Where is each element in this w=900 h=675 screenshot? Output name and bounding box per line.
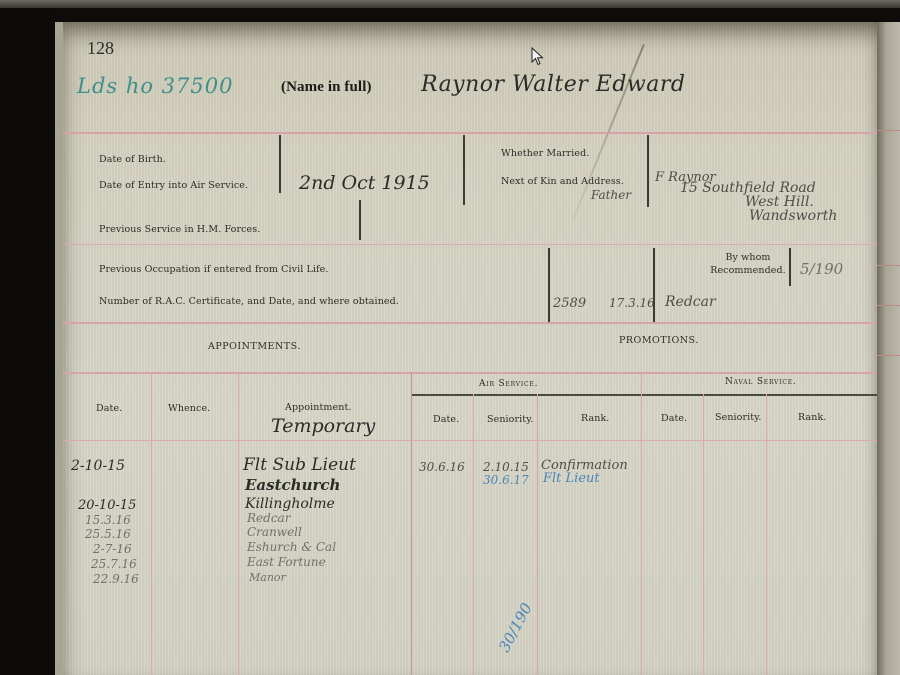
naval-column-rank: Rank. — [798, 412, 826, 423]
divider — [359, 200, 361, 240]
column-header-appointment: Appointment. — [285, 402, 352, 413]
mouse-cursor-icon — [531, 47, 545, 67]
monitor-bezel-left — [0, 8, 52, 675]
next-of-kin-relation: Father — [591, 188, 631, 202]
rac-certificate-date: 17.3.16 — [609, 296, 655, 310]
appointment-date: 15.3.16 — [85, 513, 131, 527]
air-column-seniority: Seniority. — [487, 414, 534, 425]
appointment-value: Eshurch & Cal — [247, 540, 336, 554]
column-rule — [151, 372, 152, 675]
naval-column-seniority: Seniority. — [715, 412, 762, 423]
divider — [877, 305, 900, 306]
naval-column-date: Date. — [661, 413, 687, 424]
divider — [877, 355, 900, 356]
divider — [63, 322, 885, 324]
appointment-value: Killingholme — [245, 496, 335, 512]
next-of-kin-label: Next of Kin and Address. — [501, 176, 624, 187]
column-rule — [238, 372, 239, 675]
promotion-seniority: 30.6.17 — [483, 473, 529, 487]
full-name: Raynor Walter Edward — [421, 72, 685, 97]
divider — [279, 135, 281, 193]
appointment-date: 25.7.16 — [91, 557, 137, 571]
date-of-entry-value: 2nd Oct 1915 — [299, 172, 430, 194]
adjacent-page-edge — [877, 22, 900, 675]
column-rule — [473, 394, 474, 675]
recommended-by-label: By whom Recommended. — [703, 251, 793, 277]
name-label: (Name in full) — [281, 79, 372, 96]
divider — [548, 248, 550, 322]
promotion-seniority: 2.10.15 — [483, 460, 529, 474]
air-column-rank: Rank. — [581, 413, 609, 424]
appointment-type: Temporary — [271, 415, 375, 437]
divider — [877, 130, 900, 131]
whether-married-label: Whether Married. — [501, 148, 589, 159]
appointment-value: Manor — [249, 571, 286, 584]
divider — [463, 135, 465, 205]
monitor-bezel-top — [0, 0, 900, 8]
rac-certificate-label: Number of R.A.C. Certificate, and Date, … — [99, 296, 399, 307]
promotion-rank: Flt Lieut — [543, 471, 600, 486]
ledger-page: 128 Lds ho 37500 (Name in full) Raynor W… — [55, 22, 885, 675]
appointments-title: APPOINTMENTS. — [208, 341, 301, 352]
column-header-whence: Whence. — [168, 403, 210, 414]
column-rule — [766, 394, 767, 675]
divider — [653, 248, 655, 322]
column-rule — [641, 372, 642, 675]
naval-service-title: Naval Service. — [725, 377, 797, 387]
appointment-value: East Fortune — [247, 555, 326, 569]
appointment-date: 25.5.16 — [85, 527, 131, 541]
previous-service-label: Previous Service in H.M. Forces. — [99, 224, 260, 235]
appointment-date: 2-7-16 — [93, 542, 132, 556]
promotion-date: 30.6.16 — [419, 460, 465, 474]
air-service-title: Air Service. — [479, 379, 538, 389]
date-of-entry-label: Date of Entry into Air Service. — [99, 180, 248, 191]
appointment-value: Redcar — [247, 511, 290, 525]
previous-occupation-label: Previous Occupation if entered from Civi… — [99, 264, 329, 275]
appointment-value: Eastchurch — [245, 476, 340, 494]
appointment-date: 20-10-15 — [78, 498, 136, 513]
divider — [411, 394, 885, 396]
date-of-birth-label: Date of Birth. — [99, 154, 166, 165]
divider — [63, 372, 885, 374]
appointment-date: 2-10-15 — [71, 458, 125, 474]
divider — [63, 132, 885, 134]
divider — [647, 135, 649, 207]
divider — [63, 244, 885, 245]
appointment-value: Flt Sub Lieut — [243, 455, 356, 475]
air-column-date: Date. — [433, 414, 459, 425]
column-rule — [537, 394, 538, 675]
promotions-title: PROMOTIONS. — [619, 335, 699, 346]
page-number: 128 — [87, 38, 114, 59]
divider — [789, 248, 791, 286]
appointment-value: Cranwell — [247, 525, 302, 539]
rac-certificate-number: 2589 — [553, 296, 586, 311]
divider — [63, 440, 885, 441]
next-of-kin-address-line3: Wandsworth — [749, 208, 837, 224]
column-rule — [411, 372, 412, 675]
appointment-date: 22.9.16 — [93, 572, 139, 586]
recommended-by-value: 5/190 — [800, 260, 843, 278]
rac-certificate-place: Redcar — [665, 294, 716, 310]
service-number: Lds ho 37500 — [77, 74, 234, 98]
divider — [877, 265, 900, 266]
column-header-date: Date. — [96, 403, 122, 414]
column-rule — [703, 394, 704, 675]
footer-note: 30/190 — [495, 600, 536, 655]
